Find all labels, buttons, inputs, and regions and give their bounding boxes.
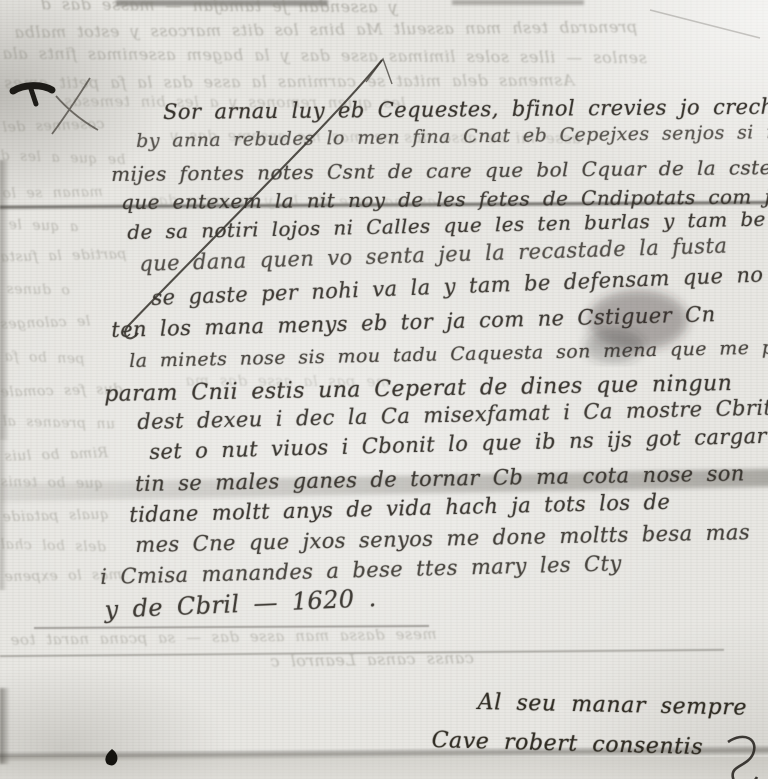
bleed-through-text: y assendan je tamajan — masse das d (40, 0, 398, 17)
bleed-through-text: o dunes (6, 281, 70, 298)
ink-drop-blot (105, 749, 117, 765)
bleed-through-text: senlos — illes soles limimas asse das y … (2, 44, 647, 68)
bleed-through-text: canss cansa Leanrol c (270, 648, 474, 671)
bleed-through-text: dels bol chal (0, 537, 106, 556)
bleed-through-text: manan se lo (2, 184, 103, 202)
pen-curl-flourish (728, 737, 757, 779)
manuscript-line: tidane moltt anys de vida hach ja tots l… (129, 490, 671, 527)
bleed-through-text: Asmenas dela mitat se carminas la asse d… (4, 71, 574, 93)
bleed-through-text: pen bo fa (4, 349, 85, 368)
bleed-through-text: cosennes del (2, 116, 105, 136)
bleed-through-text: mese dassa man asse das — sa pcana narat… (10, 625, 437, 649)
bleed-through-text: que bo tenis (0, 474, 103, 492)
left-paper-edge (0, 688, 10, 764)
bleed-through-text: be que a les d (0, 148, 126, 168)
manuscript-line: la minets nose sis mou tadu Caquesta son… (129, 336, 768, 372)
manuscript-line: Sor arnau luy eb Cequestes, bfinol crevi… (163, 94, 768, 124)
signature-line: Al seu manar sempre (477, 690, 747, 721)
manuscript-line: mes Cne que jxos senyos me done moltts b… (135, 520, 750, 557)
bleed-through-text: prenarab tesh man asseult Ma bins los di… (14, 17, 637, 41)
manuscript-line: mijes fontes notes Csnt de care que bol … (111, 155, 768, 186)
manuscript-line: i Cmisa manandes a bese ttes mary les Ct… (100, 551, 622, 589)
manuscript-line: by anna rebudes lo men fina Cnat eb Cepe… (136, 120, 768, 152)
bleed-through-text: quals pataide (2, 507, 109, 526)
bleed-through-text: partide la fusta (0, 246, 127, 265)
date-line: y de Cbril — 1620 . (104, 584, 377, 624)
signature-line: Cave robert consentis (431, 728, 703, 760)
bleed-through-text: Rima bo luis (4, 445, 109, 465)
bleed-through-text: un preanes al (2, 414, 115, 433)
manuscript-page: y assendan je tamajan — masse das dprena… (0, 0, 768, 779)
bleed-through-text: a que le (8, 217, 79, 235)
manuscript-line: ten los mana menys eb tor ja com ne Csti… (111, 302, 716, 342)
corner-crease-line (650, 10, 760, 38)
top-edge-smudge (452, 0, 584, 5)
bleed-through-text: le calonges (0, 313, 91, 332)
bottom-paper-margin (0, 757, 768, 779)
